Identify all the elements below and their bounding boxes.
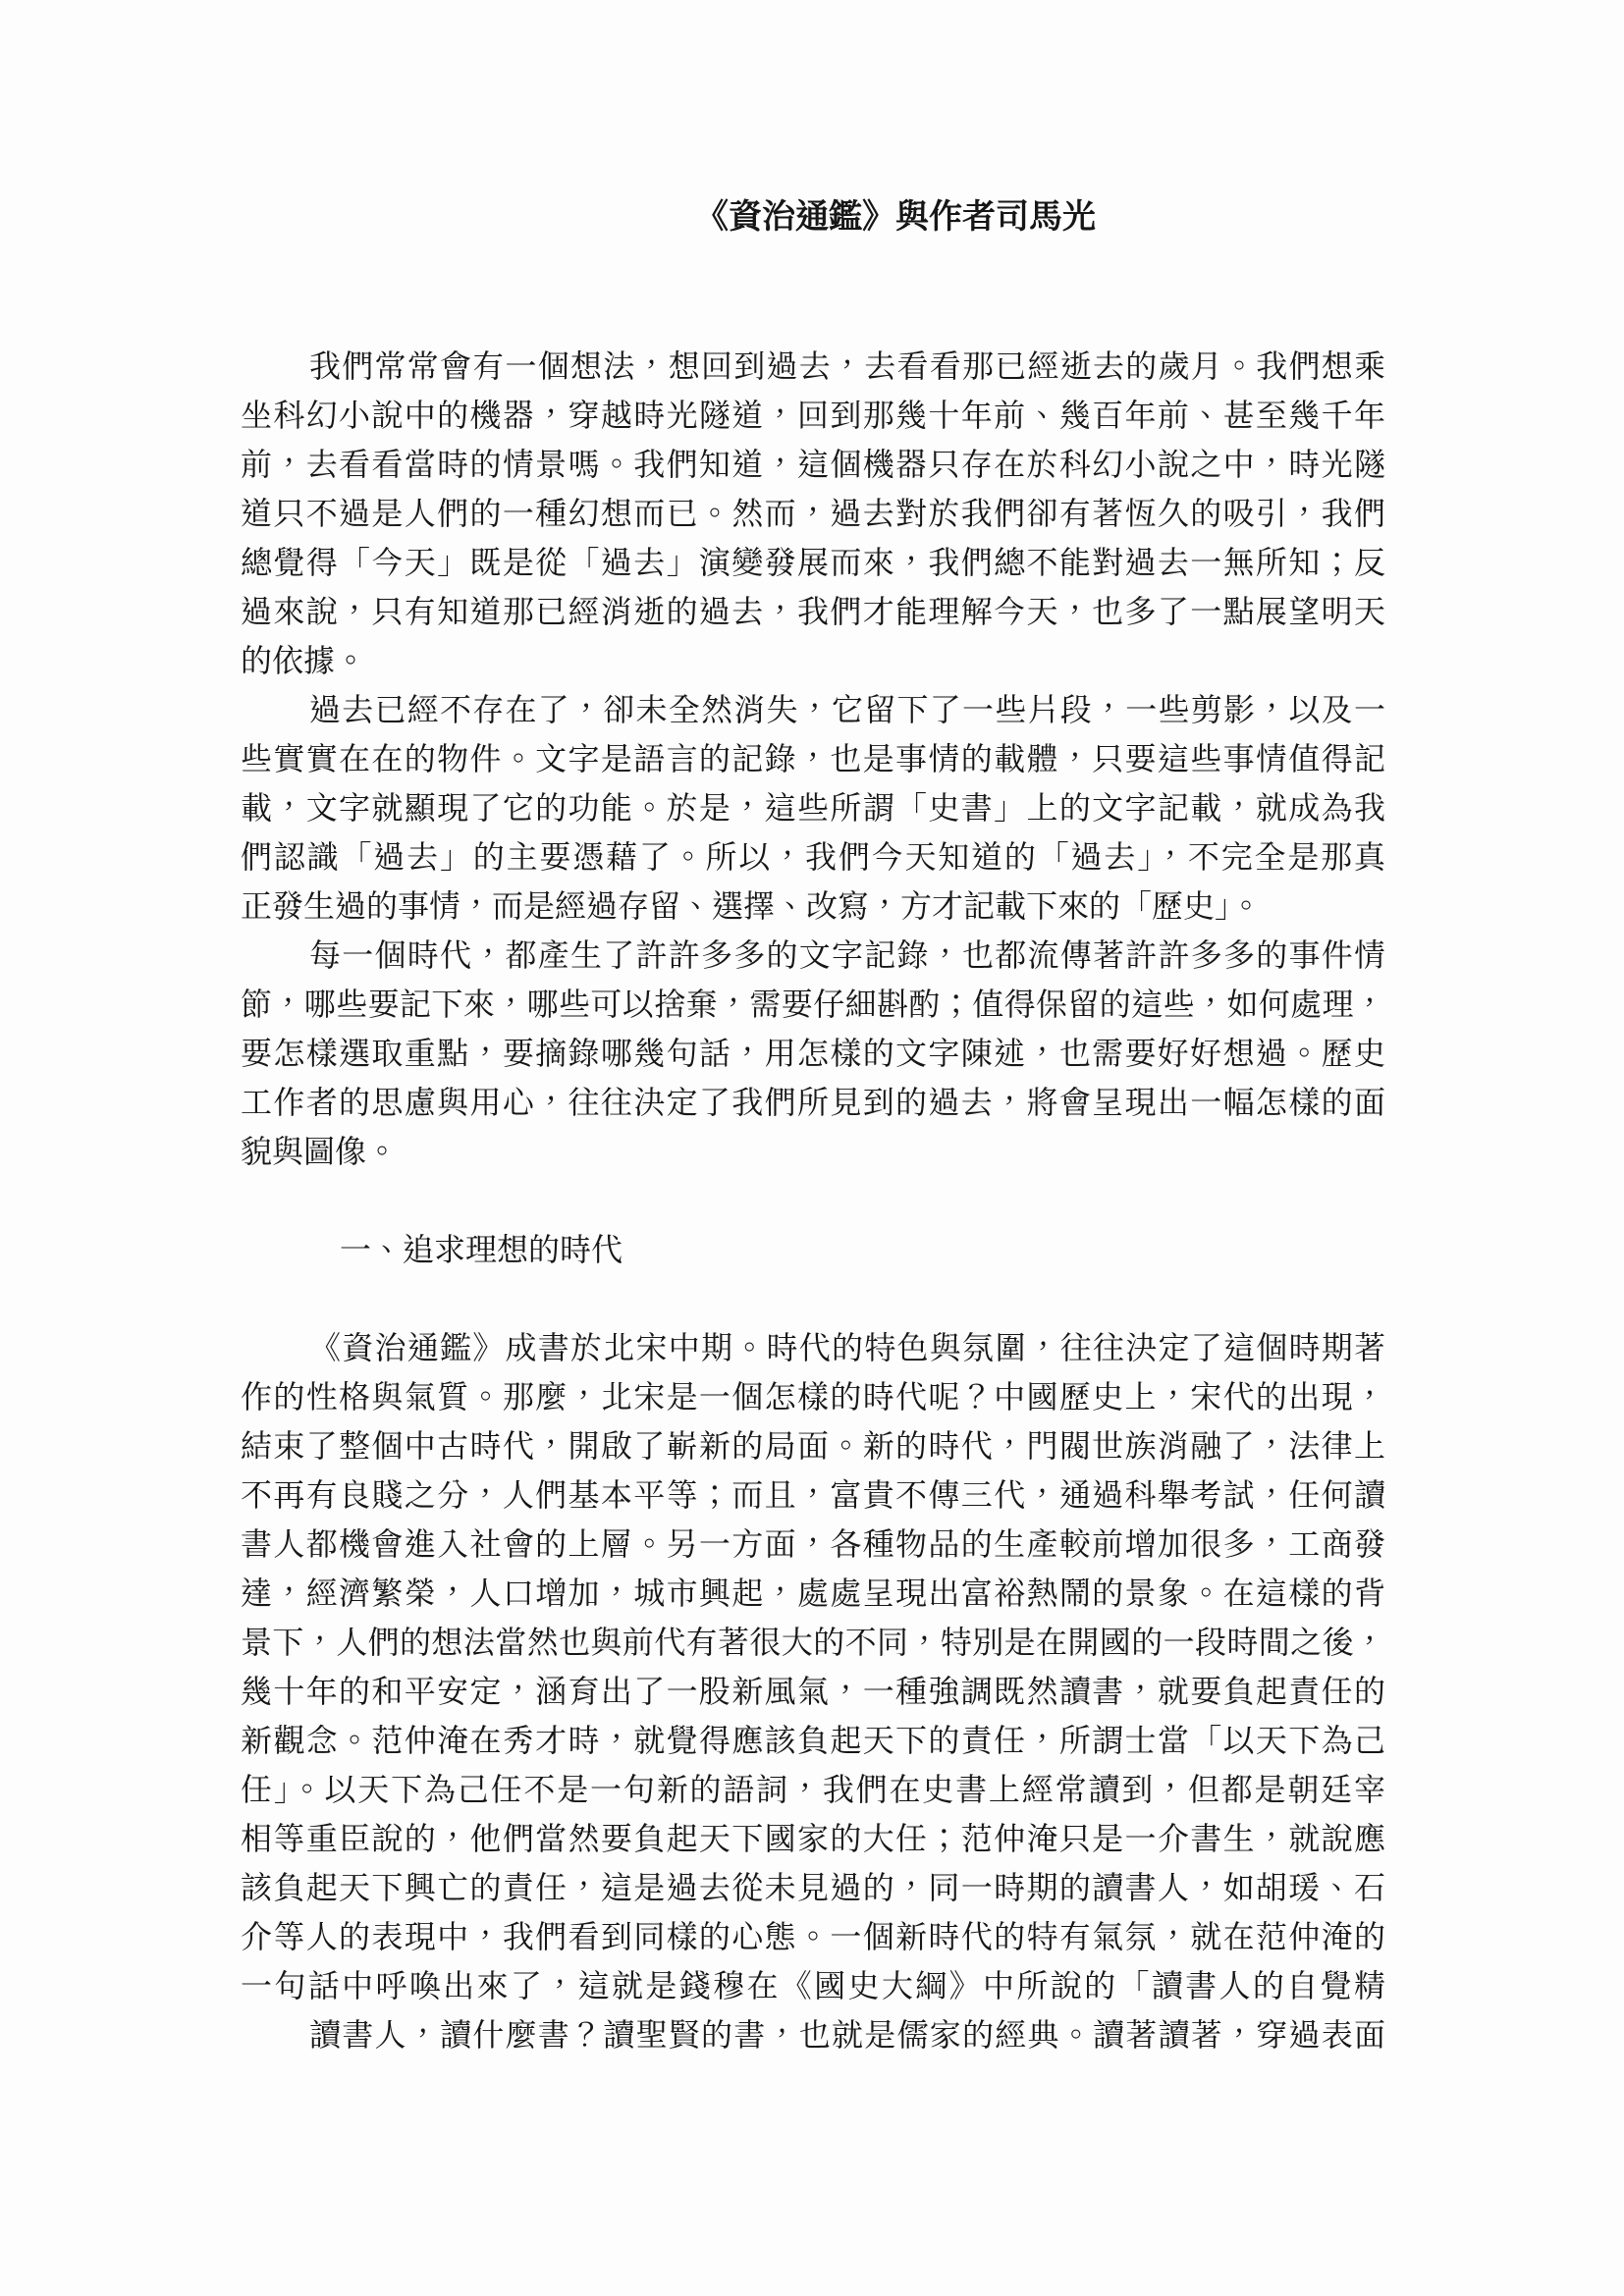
text-line: 該負起天下興亡的責任，這是過去從未見過的，同一時期的讀書人，如胡瑗、石: [241, 1863, 1385, 1912]
text-line: 介等人的表現中，我們看到同樣的心態。一個新時代的特有氣氛，就在范仲淹的: [241, 1912, 1385, 1961]
text-line: 的依據。: [241, 636, 1385, 685]
text-line: 新觀念。范仲淹在秀才時，就覺得應該負起天下的責任，所謂士當「以天下為己: [241, 1716, 1385, 1765]
text-line: 前，去看看當時的情景嗎。我們知道，這個機器只存在於科幻小說之中，時光隧: [241, 440, 1385, 489]
text-line: 相等重臣說的，他們當然要負起天下國家的大任；范仲淹只是一介書生，就說應: [241, 1814, 1385, 1863]
text-line: 坐科幻小說中的機器，穿越時光隧道，回到那幾十年前、幾百年前、甚至幾千年: [241, 391, 1385, 440]
section-heading: 一、追求理想的時代: [241, 1225, 1385, 1274]
text-line: 過去已經不存在了，卻未全然消失，它留下了一些片段，一些剪影，以及一: [241, 685, 1385, 734]
text-line: 《資治通鑑》成書於北宋中期。時代的特色與氛圍，往往決定了這個時期著: [241, 1323, 1385, 1372]
page-title: 《資治通鑑》與作者司馬光: [323, 192, 1468, 241]
text-line: 貌與圖像。: [241, 1127, 1385, 1176]
paragraph-4: 《資治通鑑》成書於北宋中期。時代的特色與氛圍，往往決定了這個時期著 作的性格與氣…: [241, 1323, 1385, 2010]
paragraph-3: 每一個時代，都產生了許許多多的文字記錄，也都流傳著許許多多的事件情 節，哪些要記…: [241, 931, 1385, 1176]
text-line: 一句話中呼喚出來了，這就是錢穆在《國史大綱》中所說的「讀書人的自覺精神」。: [241, 1961, 1385, 2010]
text-line: 總覺得「今天」既是從「過去」演變發展而來，我們總不能對過去一無所知；反: [241, 538, 1385, 587]
document-body: 我們常常會有一個想法，想回到過去，去看看那已經逝去的歲月。我們想乘 坐科幻小說中…: [241, 342, 1385, 2059]
text-line: 景下，人們的想法當然也與前代有著很大的不同，特別是在開國的一段時間之後，: [241, 1618, 1385, 1667]
text-line: 作的性格與氣質。那麼，北宋是一個怎樣的時代呢？中國歷史上，宋代的出現，: [241, 1372, 1385, 1421]
text-line: 書人都機會進入社會的上層。另一方面，各種物品的生產較前增加很多，工商發: [241, 1520, 1385, 1569]
paragraph-2: 過去已經不存在了，卻未全然消失，它留下了一些片段，一些剪影，以及一 些實實在在的…: [241, 685, 1385, 931]
text-line: 正發生過的事情，而是經過存留、選擇、改寫，方才記載下來的「歷史」。: [241, 881, 1385, 931]
text-line: 要怎樣選取重點，要摘錄哪幾句話，用怎樣的文字陳述，也需要好好想過。歷史: [241, 1029, 1385, 1078]
text-line: 幾十年的和平安定，涵育出了一股新風氣，一種強調既然讀書，就要負起責任的: [241, 1667, 1385, 1716]
text-line: 結束了整個中古時代，開啟了嶄新的局面。新的時代，門閥世族消融了，法律上: [241, 1421, 1385, 1470]
text-line: 載，文字就顯現了它的功能。於是，這些所謂「史書」上的文字記載，就成為我: [241, 783, 1385, 832]
text-line: 們認識「過去」的主要憑藉了。所以，我們今天知道的「過去」，不完全是那真: [241, 832, 1385, 881]
text-line: 過來說，只有知道那已經消逝的過去，我們才能理解今天，也多了一點展望明天: [241, 587, 1385, 636]
text-line: 不再有良賤之分，人們基本平等；而且，富貴不傳三代，通過科舉考試，任何讀: [241, 1470, 1385, 1520]
text-line: 達，經濟繁榮，人口增加，城市興起，處處呈現出富裕熱鬧的景象。在這樣的背: [241, 1569, 1385, 1618]
text-line: 讀書人，讀什麼書？讀聖賢的書，也就是儒家的經典。讀著讀著，穿過表面: [241, 2010, 1385, 2059]
text-line: 任」。以天下為己任不是一句新的語詞，我們在史書上經常讀到，但都是朝廷宰: [241, 1765, 1385, 1814]
text-line: 道只不過是人們的一種幻想而已。然而，過去對於我們卻有著恆久的吸引，我們: [241, 489, 1385, 538]
paragraph-1: 我們常常會有一個想法，想回到過去，去看看那已經逝去的歲月。我們想乘 坐科幻小說中…: [241, 342, 1385, 685]
document-page: 《資治通鑑》與作者司馬光 我們常常會有一個想法，想回到過去，去看看那已經逝去的歲…: [0, 0, 1624, 2296]
text-line: 些實實在在的物件。文字是語言的記錄，也是事情的載體，只要這些事情值得記: [241, 734, 1385, 783]
text-line: 工作者的思慮與用心，往往決定了我們所見到的過去，將會呈現出一幅怎樣的面: [241, 1078, 1385, 1127]
paragraph-5: 讀書人，讀什麼書？讀聖賢的書，也就是儒家的經典。讀著讀著，穿過表面: [241, 2010, 1385, 2059]
text-line: 節，哪些要記下來，哪些可以捨棄，需要仔細斟酌；值得保留的這些，如何處理，: [241, 980, 1385, 1029]
text-line: 我們常常會有一個想法，想回到過去，去看看那已經逝去的歲月。我們想乘: [241, 342, 1385, 391]
text-line: 每一個時代，都產生了許許多多的文字記錄，也都流傳著許許多多的事件情: [241, 931, 1385, 980]
